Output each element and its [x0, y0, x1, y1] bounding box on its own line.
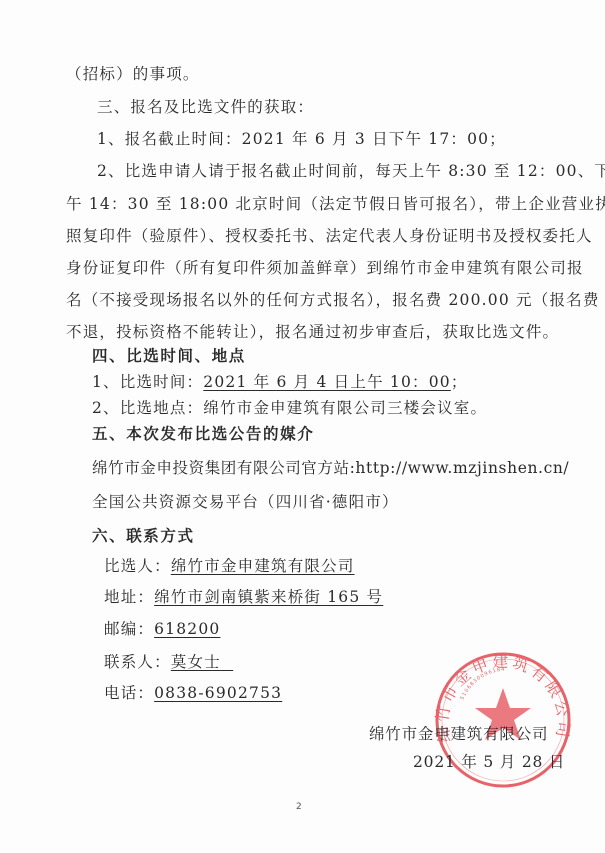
contact-postcode: 邮编：618200: [104, 619, 220, 639]
svg-text:5106830096184: 5106830096184: [459, 667, 505, 701]
text-line: 名（不接受现场报名以外的任何方式报名），报名费 200.00 元（报名费: [66, 290, 537, 310]
punctuation: ；: [451, 373, 468, 391]
postcode-value: 618200: [154, 620, 220, 638]
contact-label: 联系人：: [104, 653, 171, 671]
text-line: 午 14：30 至 18:00 北京时间（法定节假日皆可报名），带上企业营业执: [66, 194, 537, 214]
underline-padding: [221, 653, 233, 671]
selection-location: 2、比选地点：绵竹市金申建筑有限公司三楼会议室。: [92, 398, 487, 418]
platform-line: 全国公共资源交易平台（四川省·德阳市）: [92, 492, 399, 512]
official-site-line: 绵竹市金申投资集团有限公司官方站:http://www.mzjinshen.cn…: [92, 458, 569, 478]
text-line: （招标）的事项。: [66, 64, 200, 84]
contact-buyer: 比选人：绵竹市金申建筑有限公司: [104, 556, 355, 576]
text-line: 照复印件（验原件）、授权委托书、法定代表人身份证明书及授权委托人: [66, 226, 537, 246]
registration-deadline: 1、报名截止时间：2021 年 6 月 3 日下午 17：00；: [97, 129, 506, 149]
section-heading-3: 三、报名及比选文件的获取：: [97, 97, 314, 117]
selection-time-label: 1、比选时间：: [92, 373, 203, 391]
address-value: 绵竹市剑南镇紫来桥街 165 号: [154, 588, 383, 606]
contact-person: 联系人：莫女士: [104, 652, 233, 672]
contact-value: 莫女士: [171, 653, 221, 671]
postcode-label: 邮编：: [104, 620, 154, 638]
address-label: 地址：: [104, 588, 154, 606]
text-line: 不退，投标资格不能转让），报名通过初步审查后，获取比选文件。: [66, 322, 559, 342]
phone-label: 电话：: [104, 684, 154, 702]
section-heading-4: 四、比选时间、地点: [92, 346, 246, 366]
text-line: 2、比选申请人请于报名截止时间前，每天上午 8:30 至 12：00、下: [97, 161, 537, 181]
section-heading-6: 六、联系方式: [92, 526, 195, 546]
phone-value: 0838-6902753: [154, 684, 282, 702]
signature-company: 绵竹市金申建筑有限公司: [369, 724, 548, 744]
document-page: （招标）的事项。 三、报名及比选文件的获取： 1、报名截止时间：2021 年 6…: [0, 0, 605, 853]
contact-address: 地址：绵竹市剑南镇紫来桥街 165 号: [104, 587, 383, 607]
buyer-label: 比选人：: [104, 557, 171, 575]
page-number: 2: [296, 802, 302, 812]
contact-phone: 电话：0838-6902753: [104, 683, 282, 703]
selection-time-line: 1、比选时间：2021 年 6 月 4 日上午 10：00；: [92, 372, 468, 392]
selection-time-value: 2021 年 6 月 4 日上午 10：00: [203, 373, 451, 391]
buyer-value: 绵竹市金申建筑有限公司: [171, 557, 355, 575]
section-heading-5: 五、本次发布比选公告的媒介: [92, 424, 314, 444]
signature-date: 2021 年 5 月 28 日: [413, 752, 565, 772]
text-line: 身份证复印件（所有复印件须加盖鲜章）到绵竹市金申建筑有限公司报: [66, 258, 537, 278]
